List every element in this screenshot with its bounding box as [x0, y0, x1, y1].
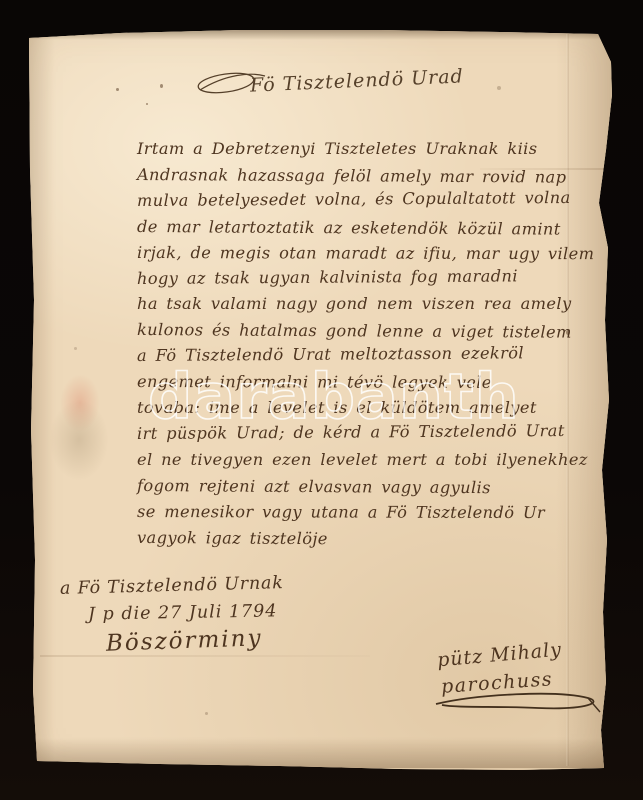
ink-speck: [497, 86, 501, 90]
handwriting-line: Irtam a Debretzenyi Tiszteletes Uraknak …: [137, 136, 594, 162]
photo-background: Fö Tisztelendö Urad Irtam a Debretzenyi …: [0, 0, 643, 800]
handwriting-line: irt püspök Urad; de kérd a Fö Tisztelend…: [137, 418, 595, 447]
handwriting-line: tovaba: ime a levelet is el küldötem ame…: [137, 395, 594, 421]
ink-speck: [146, 103, 148, 105]
handwriting-line: vagyok igaz tisztelöje: [137, 525, 595, 554]
ink-speck: [116, 88, 119, 91]
letter-body: Irtam a Debretzenyi Tiszteletes Uraknak …: [137, 136, 594, 551]
letter-paper: Fö Tisztelendö Urad Irtam a Debretzenyi …: [0, 0, 643, 800]
handwriting-line: de mar letartoztatik az esketendök közül…: [137, 214, 595, 243]
letter-heading-block: Fö Tisztelendö Urad: [196, 62, 496, 104]
ink-speck: [74, 347, 77, 350]
paper-smudge: [50, 400, 108, 480]
handwriting-line: hogy az tsak ugyan kalvinista fog maradn…: [137, 262, 595, 291]
handwriting-line: mulva betelyesedet volna, és Copulaltato…: [137, 185, 595, 214]
signature-name: pütz Mihaly: [436, 639, 562, 672]
closing-recipient-line: a Fö Tisztelendö Urnak: [60, 573, 284, 599]
handwriting-line: el ne tivegyen ezen levelet mert a tobi …: [137, 447, 594, 473]
handwriting-line: a Fö Tisztelendö Urat meltoztasson ezekr…: [137, 340, 595, 369]
ink-speck: [160, 84, 163, 88]
closing-place-line: Böszörminy: [106, 625, 263, 656]
handwriting-line: se menesikor vagy utana a Fö Tisztelendö…: [137, 499, 594, 526]
horizontal-fold-crease: [40, 655, 370, 657]
paper-top-edge-shadow: [29, 30, 604, 40]
paper-bottom-edge-shadow: [34, 738, 606, 768]
signature-flourish: [428, 688, 608, 716]
handwriting-line: fogom rejteni azt elvasvan vagy agyulis: [137, 473, 595, 502]
letter-heading: Fö Tisztelendö Urad: [250, 65, 465, 96]
handwriting-line: ha tsak valami nagy gond nem viszen rea …: [137, 291, 594, 317]
handwriting-line: engemet informalni mi tévö legyek vele: [137, 369, 594, 396]
ink-speck: [205, 712, 208, 715]
closing-date-line: J p die 27 Juli 1794: [88, 601, 278, 624]
